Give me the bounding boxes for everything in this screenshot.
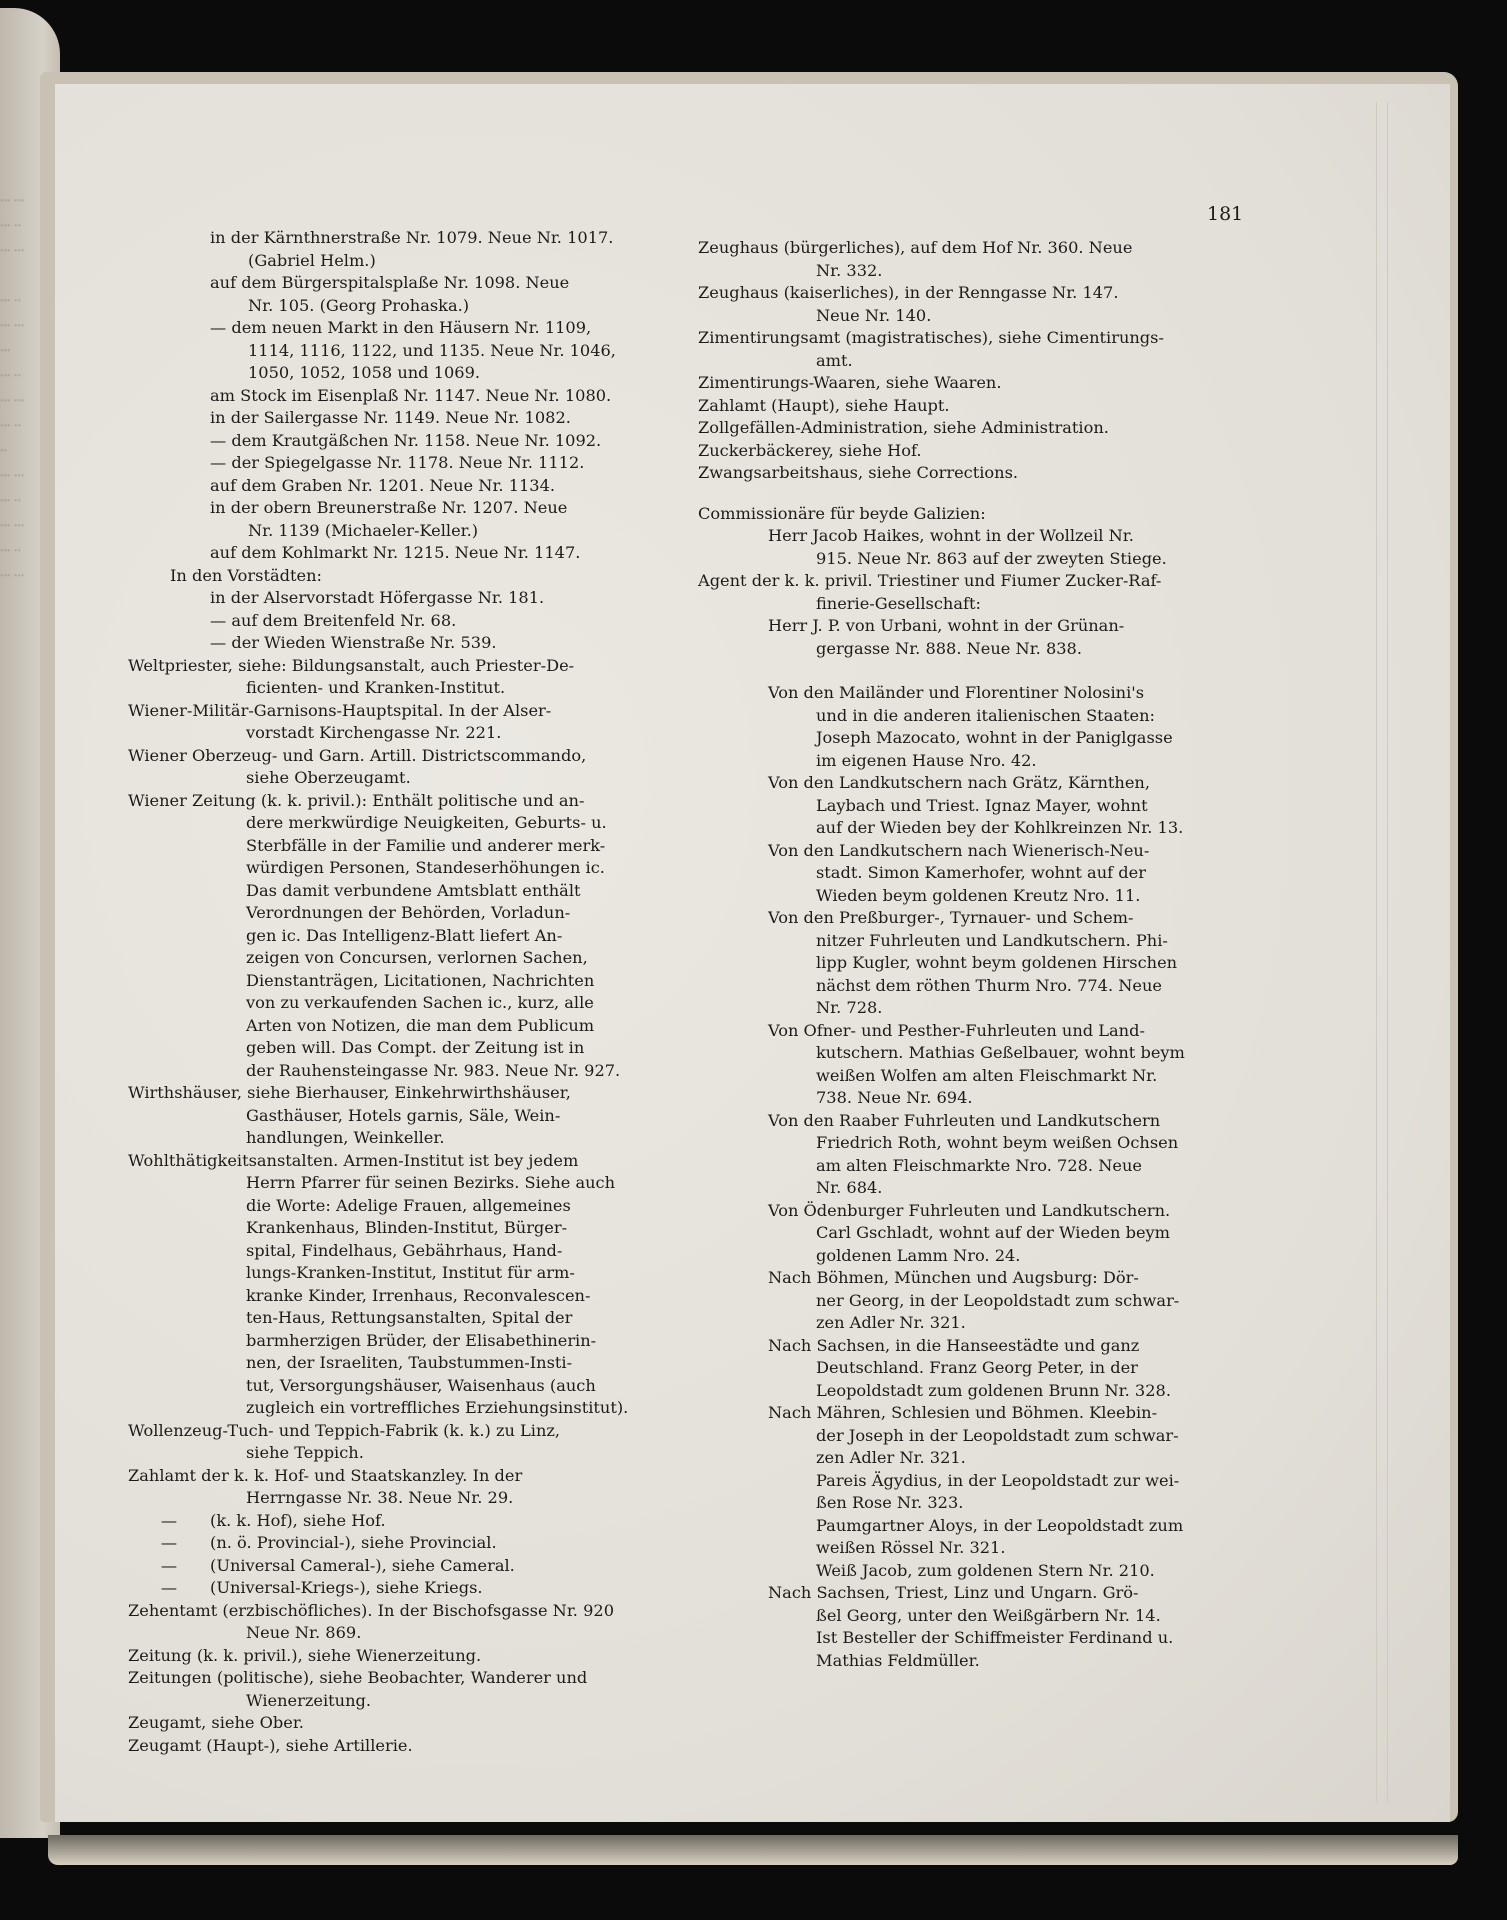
line-text: Zollgefällen-Administration, siehe Admin…: [698, 418, 1109, 437]
text-line: am alten Fleischmarkte Nro. 728. Neue: [698, 1155, 1243, 1178]
text-line: Nr. 728.: [698, 997, 1243, 1020]
text-line: kutschern. Mathias Geßelbauer, wohnt bey…: [698, 1042, 1243, 1065]
line-text: tut, Versorgungshäuser, Waisenhaus (auch: [246, 1376, 596, 1395]
ditto-dash: —: [128, 1510, 210, 1533]
line-text: in der obern Breunerstraße Nr. 1207. Neu…: [210, 498, 567, 517]
text-line: zeigen von Concursen, verlornen Sachen,: [128, 947, 698, 970]
line-text: Friedrich Roth, wohnt beym weißen Ochsen: [816, 1133, 1178, 1152]
line-text: Nach Sachsen, Triest, Linz und Ungarn. G…: [768, 1583, 1139, 1602]
text-line: Friedrich Roth, wohnt beym weißen Ochsen: [698, 1132, 1243, 1155]
text-line: Leopoldstadt zum goldenen Brunn Nr. 328.: [698, 1380, 1243, 1403]
line-text: nächst dem röthen Thurm Nro. 774. Neue: [816, 976, 1162, 995]
text-line: amt.: [698, 350, 1243, 373]
line-text: zen Adler Nr. 321.: [816, 1313, 966, 1332]
text-line: Verordnungen der Behörden, Vorladun-: [128, 902, 698, 925]
line-text: Mathias Feldmüller.: [816, 1651, 980, 1670]
line-text: zeigen von Concursen, verlornen Sachen,: [246, 948, 588, 967]
page-fold-lines: [1376, 102, 1388, 1802]
text-line: siehe Teppich.: [128, 1442, 698, 1465]
text-line: siehe Oberzeugamt.: [128, 767, 698, 790]
text-line: der Joseph in der Leopoldstadt zum schwa…: [698, 1425, 1243, 1448]
line-text: Nach Mähren, Schlesien und Böhmen. Kleeb…: [768, 1403, 1157, 1422]
line-text: barmherzigen Brüder, der Elisabethinerin…: [246, 1331, 596, 1350]
line-text: Herrn Pfarrer für seinen Bezirks. Siehe …: [246, 1173, 615, 1192]
line-text: Wienerzeitung.: [246, 1691, 371, 1710]
text-line: gergasse Nr. 888. Neue Nr. 838.: [698, 638, 1243, 661]
line-text: ßel Georg, unter den Weißgärbern Nr. 14.: [816, 1606, 1161, 1625]
text-line: Zimentirungsamt (magistratisches), siehe…: [698, 327, 1243, 350]
line-text: Zahlamt (Haupt), siehe Haupt.: [698, 396, 950, 415]
line-text: Nr. 684.: [816, 1178, 882, 1197]
line-text: (Gabriel Helm.): [248, 251, 376, 270]
text-line: ten-Haus, Rettungsanstalten, Spital der: [128, 1307, 698, 1330]
text-line: gen ic. Das Intelligenz-Blatt liefert An…: [128, 925, 698, 948]
line-text: der Rauhensteingasse Nr. 983. Neue Nr. 9…: [246, 1061, 620, 1080]
text-line: Wiener-Militär-Garnisons-Hauptspital. In…: [128, 700, 698, 723]
text-line: Laybach und Triest. Ignaz Mayer, wohnt: [698, 795, 1243, 818]
line-text: auf der Wieden bey der Kohlkreinzen Nr. …: [816, 818, 1183, 837]
text-line: Zeughaus (kaiserliches), in der Renngass…: [698, 282, 1243, 305]
text-line: Herr Jacob Haikes, wohnt in der Wollzeil…: [698, 525, 1243, 548]
line-text: Neue Nr. 869.: [246, 1623, 361, 1642]
text-line: Zollgefällen-Administration, siehe Admin…: [698, 417, 1243, 440]
text-line: am Stock im Eisenplaß Nr. 1147. Neue Nr.…: [128, 385, 698, 408]
line-text: Zehentamt (erzbischöfliches). In der Bis…: [128, 1601, 614, 1620]
line-text: Nr. 728.: [816, 998, 882, 1017]
line-text: Zeugamt, siehe Ober.: [128, 1713, 304, 1732]
text-line: Von den Mailänder und Florentiner Nolosi…: [698, 682, 1243, 705]
text-line: in der Alservorstadt Höfergasse Nr. 181.: [128, 587, 698, 610]
line-text: ten-Haus, Rettungsanstalten, Spital der: [246, 1308, 572, 1327]
line-text: Agent der k. k. privil. Triestiner und F…: [698, 571, 1161, 590]
line-text: — auf dem Breitenfeld Nr. 68.: [210, 611, 456, 630]
text-line: tut, Versorgungshäuser, Waisenhaus (auch: [128, 1375, 698, 1398]
line-text: Wiener-Militär-Garnisons-Hauptspital. In…: [128, 701, 551, 720]
text-line: Neue Nr. 869.: [128, 1622, 698, 1645]
line-text: Das damit verbundene Amtsblatt enthält: [246, 881, 581, 900]
line-text: gergasse Nr. 888. Neue Nr. 838.: [816, 639, 1082, 658]
text-line: Zimentirungs-Waaren, siehe Waaren.: [698, 372, 1243, 395]
text-line: Das damit verbundene Amtsblatt enthält: [128, 880, 698, 903]
text-line: ßel Georg, unter den Weißgärbern Nr. 14.: [698, 1605, 1243, 1628]
text-line: Gasthäuser, Hotels garnis, Säle, Wein-: [128, 1105, 698, 1128]
text-line: Nr. 1139 (Michaeler-Keller.): [128, 520, 698, 543]
line-text: Carl Gschladt, wohnt auf der Wieden beym: [816, 1223, 1170, 1242]
text-line: ficienten- und Kranken-Institut.: [128, 677, 698, 700]
text-line: Zuckerbäckerey, siehe Hof.: [698, 440, 1243, 463]
text-line: vorstadt Kirchengasse Nr. 221.: [128, 722, 698, 745]
text-line: Von den Landkutschern nach Wienerisch-Ne…: [698, 840, 1243, 863]
line-text: auf dem Graben Nr. 1201. Neue Nr. 1134.: [210, 476, 555, 495]
line-text: handlungen, Weinkeller.: [246, 1128, 444, 1147]
letter-carrier-entries: Von den Mailänder und Florentiner Nolosi…: [698, 682, 1243, 1672]
line-text: würdigen Personen, Standeserhöhungen ic.: [246, 858, 605, 877]
text-line: Wienerzeitung.: [128, 1690, 698, 1713]
line-text: Zwangsarbeitshaus, siehe Corrections.: [698, 463, 1018, 482]
text-line: kranke Kinder, Irrenhaus, Reconvalescen-: [128, 1285, 698, 1308]
text-line: barmherzigen Brüder, der Elisabethinerin…: [128, 1330, 698, 1353]
line-text: Zuckerbäckerey, siehe Hof.: [698, 441, 922, 460]
line-text: Von den Preßburger-, Tyrnauer- und Schem…: [768, 908, 1133, 927]
line-text: Krankenhaus, Blinden-Institut, Bürger-: [246, 1218, 567, 1237]
text-line: Zwangsarbeitshaus, siehe Corrections.: [698, 462, 1243, 485]
book-page-block-edge: [48, 1835, 1458, 1865]
text-line: Neue Nr. 140.: [698, 305, 1243, 328]
text-line: Dienstanträgen, Licitationen, Nachrichte…: [128, 970, 698, 993]
text-line: weißen Wolfen am alten Fleischmarkt Nr.: [698, 1065, 1243, 1088]
line-text: ßen Rose Nr. 323.: [816, 1493, 963, 1512]
text-line: würdigen Personen, Standeserhöhungen ic.: [128, 857, 698, 880]
line-text: in der Sailergasse Nr. 1149. Neue Nr. 10…: [210, 408, 571, 427]
line-text: Weltpriester, siehe: Bildungsanstalt, au…: [128, 656, 574, 675]
line-text: goldenen Lamm Nro. 24.: [816, 1246, 1020, 1265]
line-text: spital, Findelhaus, Gebährhaus, Hand-: [246, 1241, 562, 1260]
line-text: Von den Landkutschern nach Grätz, Kärnth…: [768, 773, 1150, 792]
text-line: in der obern Breunerstraße Nr. 1207. Neu…: [128, 497, 698, 520]
text-line: die Worte: Adelige Frauen, allgemeines: [128, 1195, 698, 1218]
line-text: lipp Kugler, wohnt beym goldenen Hirsche…: [816, 953, 1177, 972]
line-text: (n. ö. Provincial-), siehe Provincial.: [210, 1533, 497, 1552]
line-text: (Universal Cameral-), siehe Cameral.: [210, 1556, 515, 1575]
line-text: lungs-Kranken-Institut, Institut für arm…: [246, 1263, 575, 1282]
text-line: Nach Sachsen, Triest, Linz und Ungarn. G…: [698, 1582, 1243, 1605]
line-text: — dem Krautgäßchen Nr. 1158. Neue Nr. 10…: [210, 431, 601, 450]
text-line: Zeugamt, siehe Ober.: [128, 1712, 698, 1735]
text-line: Wiener Oberzeug- und Garn. Artill. Distr…: [128, 745, 698, 768]
text-line: im eigenen Hause Nro. 42.: [698, 750, 1243, 773]
line-text: gen ic. Das Intelligenz-Blatt liefert An…: [246, 926, 562, 945]
text-line: Joseph Mazocato, wohnt in der Paniglgass…: [698, 727, 1243, 750]
text-line: 915. Neue Nr. 863 auf der zweyten Stiege…: [698, 548, 1243, 571]
text-line: auf der Wieden bey der Kohlkreinzen Nr. …: [698, 817, 1243, 840]
line-text: siehe Oberzeugamt.: [246, 768, 411, 787]
line-text: Weiß Jacob, zum goldenen Stern Nr. 210.: [816, 1561, 1155, 1580]
line-text: Wirthshäuser, siehe Bierhauser, Einkehrw…: [128, 1083, 571, 1102]
line-text: Zimentirungsamt (magistratisches), siehe…: [698, 328, 1164, 347]
line-text: Herrngasse Nr. 38. Neue Nr. 29.: [246, 1488, 513, 1507]
text-line: Zeughaus (bürgerliches), auf dem Hof Nr.…: [698, 237, 1243, 260]
text-line: nen, der Israeliten, Taubstummen-Insti-: [128, 1352, 698, 1375]
text-line: — auf dem Breitenfeld Nr. 68.: [128, 610, 698, 633]
text-line: zugleich ein vortreffliches Erziehungsin…: [128, 1397, 698, 1420]
line-text: kranke Kinder, Irrenhaus, Reconvalescen-: [246, 1286, 590, 1305]
text-line: in der Sailergasse Nr. 1149. Neue Nr. 10…: [128, 407, 698, 430]
text-line: und in die anderen italienischen Staaten…: [698, 705, 1243, 728]
line-text: Herr J. P. von Urbani, wohnt in der Grün…: [768, 616, 1124, 635]
ditto-dash: —: [128, 1555, 210, 1578]
text-line: ßen Rose Nr. 323.: [698, 1492, 1243, 1515]
line-text: im eigenen Hause Nro. 42.: [816, 751, 1037, 770]
text-line: Nach Böhmen, München und Augsburg: Dör-: [698, 1267, 1243, 1290]
index-entries: Zeughaus (bürgerliches), auf dem Hof Nr.…: [698, 237, 1243, 485]
text-line: 1114, 1116, 1122, und 1135. Neue Nr. 104…: [128, 340, 698, 363]
text-line: spital, Findelhaus, Gebährhaus, Hand-: [128, 1240, 698, 1263]
line-text: 1050, 1052, 1058 und 1069.: [248, 363, 480, 382]
text-line: Nach Mähren, Schlesien und Böhmen. Kleeb…: [698, 1402, 1243, 1425]
text-line: auf dem Kohlmarkt Nr. 1215. Neue Nr. 114…: [128, 542, 698, 565]
line-text: Nr. 1139 (Michaeler-Keller.): [248, 521, 478, 540]
text-line: geben will. Das Compt. der Zeitung ist i…: [128, 1037, 698, 1060]
line-text: Wieden beym goldenen Kreutz Nro. 11.: [816, 886, 1140, 905]
line-text: ficienten- und Kranken-Institut.: [246, 678, 505, 697]
ditto-dash: —: [128, 1577, 210, 1600]
text-line: Pareis Ägydius, in der Leopoldstadt zur …: [698, 1470, 1243, 1493]
text-line: Wiener Zeitung (k. k. privil.): Enthält …: [128, 790, 698, 813]
text-line: — der Spiegelgasse Nr. 1178. Neue Nr. 11…: [128, 452, 698, 475]
line-text: stadt. Simon Kamerhofer, wohnt auf der: [816, 863, 1146, 882]
line-text: Verordnungen der Behörden, Vorladun-: [246, 903, 570, 922]
text-line: Nr. 332.: [698, 260, 1243, 283]
line-text: 738. Neue Nr. 694.: [816, 1088, 973, 1107]
line-text: Wiener Zeitung (k. k. privil.): Enthält …: [128, 791, 584, 810]
line-text: Zeughaus (kaiserliches), in der Renngass…: [698, 283, 1119, 302]
text-line: Zahlamt der k. k. Hof- und Staatskanzley…: [128, 1465, 698, 1488]
line-text: siehe Teppich.: [246, 1443, 364, 1462]
line-text: 1114, 1116, 1122, und 1135. Neue Nr. 104…: [248, 341, 616, 360]
text-line: Von den Landkutschern nach Grätz, Kärnth…: [698, 772, 1243, 795]
line-text: Zahlamt der k. k. Hof- und Staatskanzley…: [128, 1466, 522, 1485]
line-text: und in die anderen italienischen Staaten…: [816, 706, 1155, 725]
line-text: Paumgartner Aloys, in der Leopoldstadt z…: [816, 1516, 1183, 1535]
text-line: nächst dem röthen Thurm Nro. 774. Neue: [698, 975, 1243, 998]
line-text: Laybach und Triest. Ignaz Mayer, wohnt: [816, 796, 1148, 815]
line-text: vorstadt Kirchengasse Nr. 221.: [246, 723, 501, 742]
right-column: Zeughaus (bürgerliches), auf dem Hof Nr.…: [698, 237, 1243, 1672]
text-line: zen Adler Nr. 321.: [698, 1312, 1243, 1335]
line-text: Wohlthätigkeitsanstalten. Armen-Institut…: [128, 1151, 578, 1170]
text-line: auf dem Bürgerspitalsplaße Nr. 1098. Neu…: [128, 272, 698, 295]
text-line: Ist Besteller der Schiffmeister Ferdinan…: [698, 1627, 1243, 1650]
text-line: Wohlthätigkeitsanstalten. Armen-Institut…: [128, 1150, 698, 1173]
text-line: ner Georg, in der Leopoldstadt zum schwa…: [698, 1290, 1243, 1313]
text-line: 1050, 1052, 1058 und 1069.: [128, 362, 698, 385]
line-text: Herr Jacob Haikes, wohnt in der Wollzeil…: [768, 526, 1134, 545]
text-line: —(Universal-Kriegs-), siehe Kriegs.: [128, 1577, 698, 1600]
page-number: 181: [1207, 203, 1243, 225]
line-text: Von Ofner- und Pesther-Fuhrleuten und La…: [768, 1021, 1145, 1040]
line-text: Von den Landkutschern nach Wienerisch-Ne…: [768, 841, 1149, 860]
line-text: Von den Mailänder und Florentiner Nolosi…: [768, 683, 1144, 702]
text-line: — dem Krautgäßchen Nr. 1158. Neue Nr. 10…: [128, 430, 698, 453]
text-line: auf dem Graben Nr. 1201. Neue Nr. 1134.: [128, 475, 698, 498]
line-text: Zeughaus (bürgerliches), auf dem Hof Nr.…: [698, 238, 1132, 257]
line-text: Nach Böhmen, München und Augsburg: Dör-: [768, 1268, 1139, 1287]
text-line: Mathias Feldmüller.: [698, 1650, 1243, 1673]
line-text: zen Adler Nr. 321.: [816, 1448, 966, 1467]
text-line: —(Universal Cameral-), siehe Cameral.: [128, 1555, 698, 1578]
line-text: — der Spiegelgasse Nr. 1178. Neue Nr. 11…: [210, 453, 584, 472]
line-text: Zeitung (k. k. privil.), siehe Wienerzei…: [128, 1646, 481, 1665]
line-text: weißen Wolfen am alten Fleischmarkt Nr.: [816, 1066, 1157, 1085]
text-line: 738. Neue Nr. 694.: [698, 1087, 1243, 1110]
left-column: in der Kärnthnerstraße Nr. 1079. Neue Nr…: [128, 227, 698, 1757]
line-text: Von Ödenburger Fuhrleuten und Landkutsch…: [768, 1201, 1170, 1220]
line-text: Von den Raaber Fuhrleuten und Landkutsch…: [768, 1111, 1160, 1130]
ditto-dash: —: [128, 1532, 210, 1555]
line-text: finerie-Gesellschaft:: [816, 594, 981, 613]
text-line: Zehentamt (erzbischöfliches). In der Bis…: [128, 1600, 698, 1623]
text-line: Zeitung (k. k. privil.), siehe Wienerzei…: [128, 1645, 698, 1668]
text-line: zen Adler Nr. 321.: [698, 1447, 1243, 1470]
line-text: Arten von Notizen, die man dem Publicum: [246, 1016, 594, 1035]
line-text: geben will. Das Compt. der Zeitung ist i…: [246, 1038, 584, 1057]
text-line: der Rauhensteingasse Nr. 983. Neue Nr. 9…: [128, 1060, 698, 1083]
text-line: handlungen, Weinkeller.: [128, 1127, 698, 1150]
text-line: lipp Kugler, wohnt beym goldenen Hirsche…: [698, 952, 1243, 975]
line-text: Gasthäuser, Hotels garnis, Säle, Wein-: [246, 1106, 560, 1125]
line-text: Leopoldstadt zum goldenen Brunn Nr. 328.: [816, 1381, 1171, 1400]
text-line: Weiß Jacob, zum goldenen Stern Nr. 210.: [698, 1560, 1243, 1583]
line-text: 915. Neue Nr. 863 auf der zweyten Stiege…: [816, 549, 1167, 568]
line-text: weißen Rössel Nr. 321.: [816, 1538, 1005, 1557]
line-text: Ist Besteller der Schiffmeister Ferdinan…: [816, 1628, 1173, 1647]
line-text: Zeugamt (Haupt-), siehe Artillerie.: [128, 1736, 413, 1755]
text-line: Von den Preßburger-, Tyrnauer- und Schem…: [698, 907, 1243, 930]
text-line: Sterbfälle in der Familie und anderer me…: [128, 835, 698, 858]
text-line: Von den Raaber Fuhrleuten und Landkutsch…: [698, 1110, 1243, 1133]
text-line: Deutschland. Franz Georg Peter, in der: [698, 1357, 1243, 1380]
line-text: auf dem Kohlmarkt Nr. 1215. Neue Nr. 114…: [210, 543, 580, 562]
text-line: —(k. k. Hof), siehe Hof.: [128, 1510, 698, 1533]
line-text: Dienstanträgen, Licitationen, Nachrichte…: [246, 971, 594, 990]
line-text: Pareis Ägydius, in der Leopoldstadt zur …: [816, 1471, 1179, 1490]
text-line: —(n. ö. Provincial-), siehe Provincial.: [128, 1532, 698, 1555]
line-text: nen, der Israeliten, Taubstummen-Insti-: [246, 1353, 572, 1372]
line-text: Joseph Mazocato, wohnt in der Paniglgass…: [816, 728, 1173, 747]
line-text: (k. k. Hof), siehe Hof.: [210, 1511, 386, 1530]
line-text: amt.: [816, 351, 853, 370]
line-text: in der Kärnthnerstraße Nr. 1079. Neue Nr…: [210, 228, 613, 247]
line-text: — dem neuen Markt in den Häusern Nr. 110…: [210, 318, 591, 337]
line-text: am Stock im Eisenplaß Nr. 1147. Neue Nr.…: [210, 386, 611, 405]
text-line: lungs-Kranken-Institut, Institut für arm…: [128, 1262, 698, 1285]
line-text: (Universal-Kriegs-), siehe Kriegs.: [210, 1578, 483, 1597]
line-text: In den Vorstädten:: [170, 566, 322, 585]
text-line: Herrn Pfarrer für seinen Bezirks. Siehe …: [128, 1172, 698, 1195]
line-text: Wiener Oberzeug- und Garn. Artill. Distr…: [128, 746, 586, 765]
line-text: Nach Sachsen, in die Hanseestädte und ga…: [768, 1336, 1139, 1355]
line-text: Commissionäre für beyde Galizien:: [698, 504, 986, 523]
text-line: Herr J. P. von Urbani, wohnt in der Grün…: [698, 615, 1243, 638]
text-line: in der Kärnthnerstraße Nr. 1079. Neue Nr…: [128, 227, 698, 250]
line-text: auf dem Bürgerspitalsplaße Nr. 1098. Neu…: [210, 273, 569, 292]
text-line: Krankenhaus, Blinden-Institut, Bürger-: [128, 1217, 698, 1240]
text-line: Agent der k. k. privil. Triestiner und F…: [698, 570, 1243, 593]
text-line: nitzer Fuhrleuten und Landkutschern. Phi…: [698, 930, 1243, 953]
text-line: — der Wieden Wienstraße Nr. 539.: [128, 632, 698, 655]
line-text: zugleich ein vortreffliches Erziehungsin…: [246, 1398, 628, 1417]
line-text: Sterbfälle in der Familie und anderer me…: [246, 836, 605, 855]
line-text: Wollenzeug-Tuch- und Teppich-Fabrik (k. …: [128, 1421, 560, 1440]
text-line: (Gabriel Helm.): [128, 250, 698, 273]
text-line: Wollenzeug-Tuch- und Teppich-Fabrik (k. …: [128, 1420, 698, 1443]
line-text: die Worte: Adelige Frauen, allgemeines: [246, 1196, 571, 1215]
text-line: Carl Gschladt, wohnt auf der Wieden beym: [698, 1222, 1243, 1245]
text-line: Nr. 684.: [698, 1177, 1243, 1200]
text-line: Paumgartner Aloys, in der Leopoldstadt z…: [698, 1515, 1243, 1538]
line-text: — der Wieden Wienstraße Nr. 539.: [210, 633, 497, 652]
text-line: Weltpriester, siehe: Bildungsanstalt, au…: [128, 655, 698, 678]
text-line: Herrngasse Nr. 38. Neue Nr. 29.: [128, 1487, 698, 1510]
line-text: Zimentirungs-Waaren, siehe Waaren.: [698, 373, 1002, 392]
text-line: Zahlamt (Haupt), siehe Haupt.: [698, 395, 1243, 418]
line-text: dere merkwürdige Neuigkeiten, Geburts- u…: [246, 813, 607, 832]
line-text: ner Georg, in der Leopoldstadt zum schwa…: [816, 1291, 1179, 1310]
text-line: Zeitungen (politische), siehe Beobachter…: [128, 1667, 698, 1690]
text-line: Von Ödenburger Fuhrleuten und Landkutsch…: [698, 1200, 1243, 1223]
text-line: Wieden beym goldenen Kreutz Nro. 11.: [698, 885, 1243, 908]
line-text: Nr. 332.: [816, 261, 882, 280]
commissionaire-entries: Commissionäre für beyde Galizien:Herr Ja…: [698, 503, 1243, 661]
text-line: goldenen Lamm Nro. 24.: [698, 1245, 1243, 1268]
line-text: kutschern. Mathias Geßelbauer, wohnt bey…: [816, 1043, 1185, 1062]
text-line: — dem neuen Markt in den Häusern Nr. 110…: [128, 317, 698, 340]
text-line: Nach Sachsen, in die Hanseestädte und ga…: [698, 1335, 1243, 1358]
text-line: Commissionäre für beyde Galizien:: [698, 503, 1243, 526]
text-line: Wirthshäuser, siehe Bierhauser, Einkehrw…: [128, 1082, 698, 1105]
text-line: Arten von Notizen, die man dem Publicum: [128, 1015, 698, 1038]
line-text: am alten Fleischmarkte Nro. 728. Neue: [816, 1156, 1142, 1175]
line-text: Neue Nr. 140.: [816, 306, 931, 325]
line-text: der Joseph in der Leopoldstadt zum schwa…: [816, 1426, 1179, 1445]
text-line: von zu verkaufenden Sachen ic., kurz, al…: [128, 992, 698, 1015]
text-line: weißen Rössel Nr. 321.: [698, 1537, 1243, 1560]
line-text: Deutschland. Franz Georg Peter, in der: [816, 1358, 1138, 1377]
text-line: finerie-Gesellschaft:: [698, 593, 1243, 616]
line-text: nitzer Fuhrleuten und Landkutschern. Phi…: [816, 931, 1168, 950]
line-text: Nr. 105. (Georg Prohaska.): [248, 296, 469, 315]
line-text: Zeitungen (politische), siehe Beobachter…: [128, 1668, 587, 1687]
text-line: Nr. 105. (Georg Prohaska.): [128, 295, 698, 318]
line-text: in der Alservorstadt Höfergasse Nr. 181.: [210, 588, 544, 607]
text-line: Zeugamt (Haupt-), siehe Artillerie.: [128, 1735, 698, 1758]
line-text: von zu verkaufenden Sachen ic., kurz, al…: [246, 993, 594, 1012]
text-line: dere merkwürdige Neuigkeiten, Geburts- u…: [128, 812, 698, 835]
text-line: In den Vorstädten:: [128, 565, 698, 588]
text-line: Von Ofner- und Pesther-Fuhrleuten und La…: [698, 1020, 1243, 1043]
text-line: stadt. Simon Kamerhofer, wohnt auf der: [698, 862, 1243, 885]
